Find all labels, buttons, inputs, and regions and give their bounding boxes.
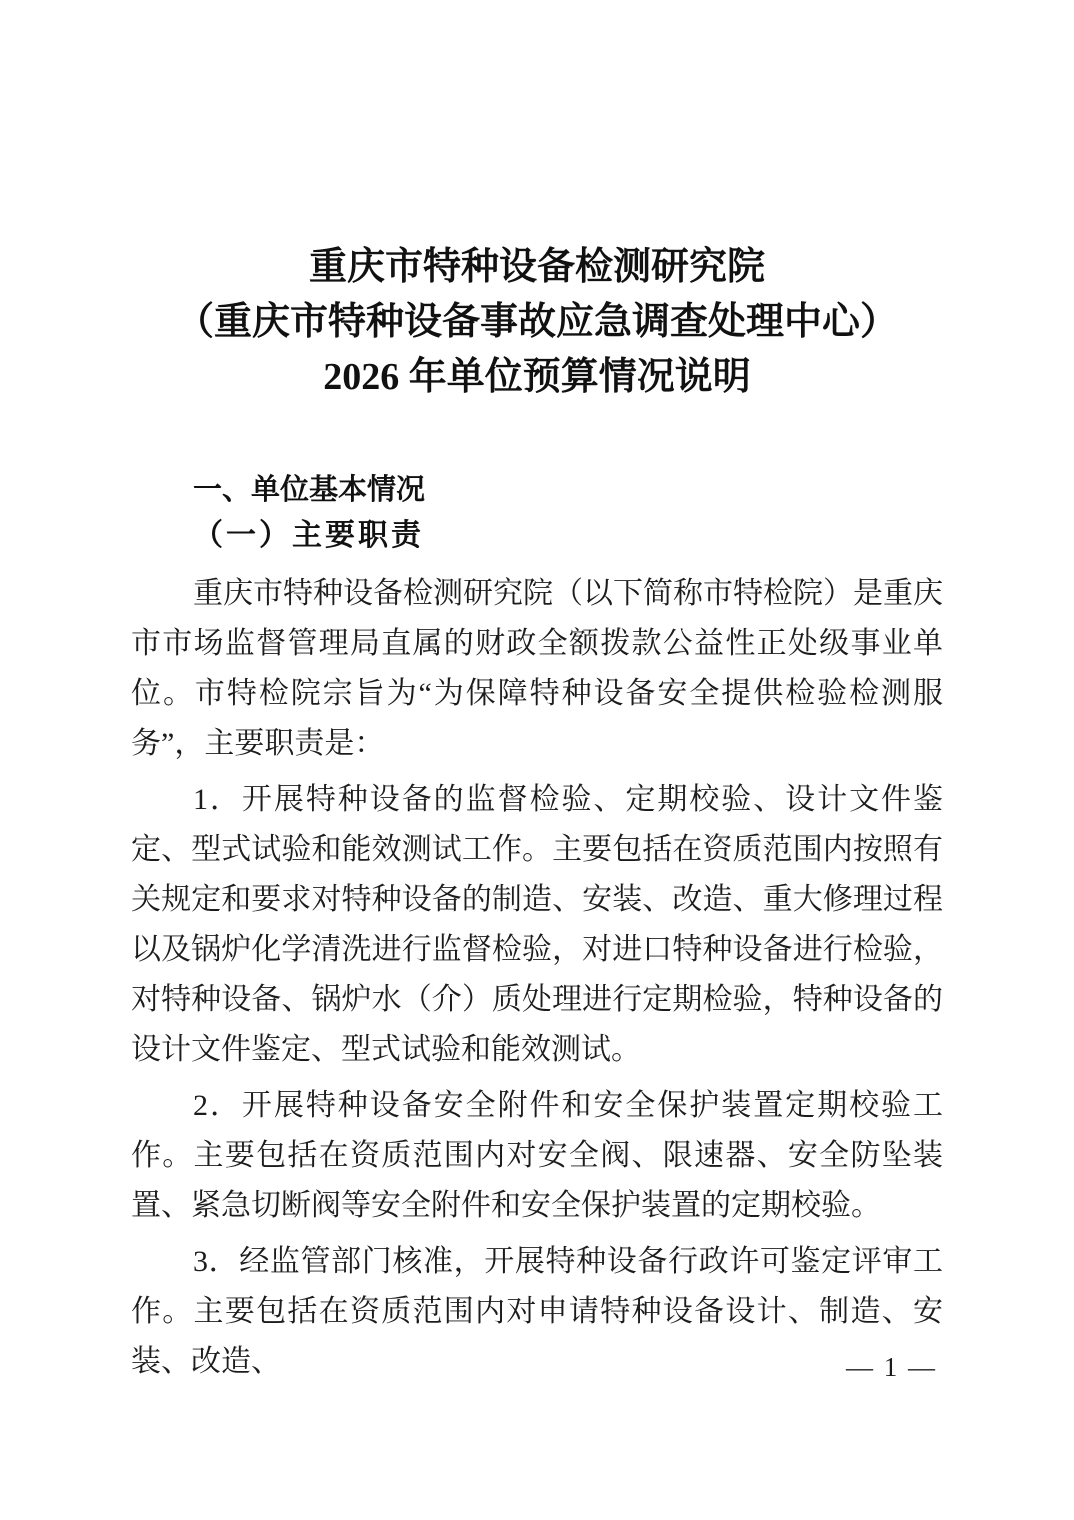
subsection-heading: （一）主要职责 bbox=[131, 513, 943, 559]
title-line-2: （重庆市特种设备事故应急调查处理中心） bbox=[0, 295, 1074, 350]
paragraph-duty-3: 3．经监管部门核准，开展特种设备行政许可鉴定评审工作。主要包括在资质范围内对申请… bbox=[131, 1237, 943, 1387]
document-page: 重庆市特种设备检测研究院 （重庆市特种设备事故应急调查处理中心） 2026 年单… bbox=[0, 0, 1074, 1520]
document-body: 一、单位基本情况 （一）主要职责 重庆市特种设备检测研究院（以下简称市特检院）是… bbox=[131, 467, 943, 1387]
title-line-3: 2026 年单位预算情况说明 bbox=[0, 350, 1074, 405]
page-number: — 1 — bbox=[846, 1352, 937, 1382]
paragraph-duty-2: 2．开展特种设备安全附件和安全保护装置定期校验工作。主要包括在资质范围内对安全阀… bbox=[131, 1081, 943, 1231]
section-heading: 一、单位基本情况 bbox=[131, 467, 943, 513]
paragraph-duty-1: 1．开展特种设备的监督检验、定期校验、设计文件鉴定、型式试验和能效测试工作。主要… bbox=[131, 775, 943, 1075]
document-title: 重庆市特种设备检测研究院 （重庆市特种设备事故应急调查处理中心） 2026 年单… bbox=[0, 0, 1074, 405]
title-line-1: 重庆市特种设备检测研究院 bbox=[0, 240, 1074, 295]
paragraph-intro: 重庆市特种设备检测研究院（以下简称市特检院）是重庆市市场监督管理局直属的财政全额… bbox=[131, 569, 943, 769]
